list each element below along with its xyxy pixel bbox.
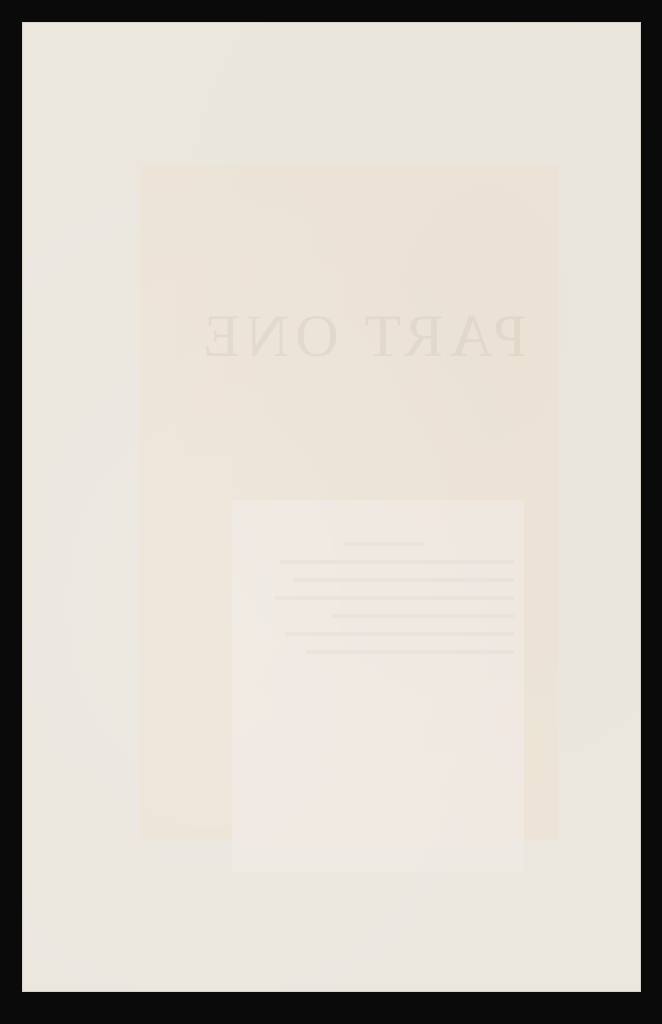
mirrored-showthrough-heading: PART ONE (182, 302, 542, 371)
mirrored-showthrough-body (254, 542, 514, 668)
scanned-page: PART ONE (22, 22, 641, 992)
